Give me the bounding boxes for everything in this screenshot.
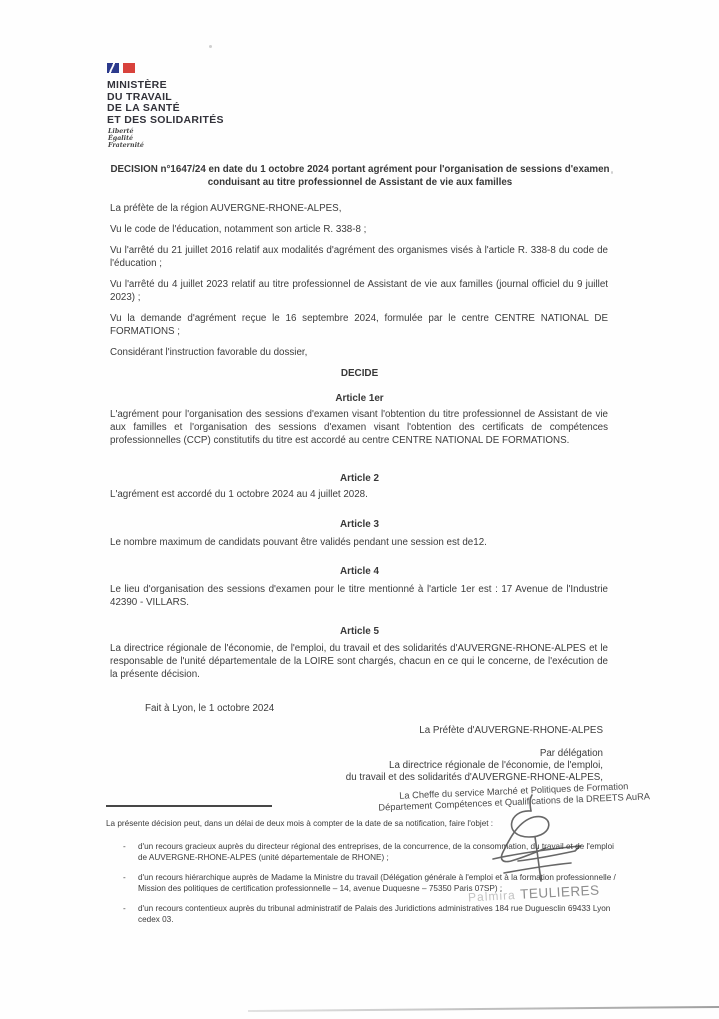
footnote-rule xyxy=(106,805,272,807)
delegation-line: Par délégation xyxy=(346,748,603,760)
motto-line: Égalité xyxy=(108,135,144,142)
decide-heading: DECIDE xyxy=(0,368,719,379)
article-2-heading: Article 2 xyxy=(0,473,719,484)
ministry-name: MINISTÈRE DU TRAVAIL DE LA SANTÉ ET DES … xyxy=(107,80,224,126)
preamble: La préfète de la région AUVERGNE-RHONE-A… xyxy=(110,202,608,367)
signature-block: La Préfète d'AUVERGNE-RHONE-ALPES Par dé… xyxy=(346,725,603,784)
decision-title: DECISION n°1647/24 en date du 1 octobre … xyxy=(90,163,630,189)
flag-red-square xyxy=(123,63,135,73)
scanned-decision-document: MINISTÈRE DU TRAVAIL DE LA SANTÉ ET DES … xyxy=(0,0,719,1019)
article-4-body: Le lieu d'organisation des sessions d'ex… xyxy=(110,583,608,609)
prefete-title: La Préfète d'AUVERGNE-RHONE-ALPES xyxy=(346,725,603,737)
republic-motto: Liberté Égalité Fraternité xyxy=(108,128,144,150)
motto-line: Fraternité xyxy=(108,142,144,149)
french-flag-icon xyxy=(107,63,135,73)
article-4-heading: Article 4 xyxy=(0,566,719,577)
appeal-notice-intro: La présente décision peut, dans un délai… xyxy=(106,818,616,829)
preamble-paragraph: Considérant l'instruction favorable du d… xyxy=(110,346,608,359)
ministry-name-line: DE LA SANTÉ xyxy=(107,103,224,115)
article-2-body: L'agrément est accordé du 1 octobre 2024… xyxy=(110,488,608,501)
delegation-line: La directrice régionale de l'économie, d… xyxy=(346,760,603,772)
flag-blue-square xyxy=(107,63,119,73)
preamble-paragraph: Vu la demande d'agrément reçue le 16 sep… xyxy=(110,312,608,338)
delegation-line: du travail et des solidarités d'AUVERGNE… xyxy=(346,772,603,784)
article-5-heading: Article 5 xyxy=(0,626,719,637)
decision-title-line1: DECISION n°1647/24 en date du 1 octobre … xyxy=(90,163,630,176)
article-1-heading: Article 1er xyxy=(0,393,719,404)
appeal-notice-item: d'un recours contentieux auprès du tribu… xyxy=(123,903,618,925)
appeal-notice-item: d'un recours hiérarchique auprès de Mada… xyxy=(123,872,618,894)
scan-speck xyxy=(611,171,613,174)
spacer xyxy=(346,737,603,748)
place-and-date: Fait à Lyon, le 1 octobre 2024 xyxy=(145,703,274,714)
preamble-paragraph: Vu le code de l'éducation, notamment son… xyxy=(110,223,608,236)
scan-speck xyxy=(209,45,212,48)
ministry-logo xyxy=(107,63,135,73)
service-title-lines: La Cheffe du service Marché et Politique… xyxy=(356,779,673,814)
preamble-paragraph: La préfète de la région AUVERGNE-RHONE-A… xyxy=(110,202,608,215)
article-3-body: Le nombre maximum de candidats pouvant ê… xyxy=(110,536,608,549)
preamble-paragraph: Vu l'arrêté du 21 juillet 2016 relatif a… xyxy=(110,244,608,270)
article-3-heading: Article 3 xyxy=(0,519,719,530)
ministry-name-line: ET DES SOLIDARITÉS xyxy=(107,115,224,127)
decision-title-line2: conduisant au titre professionnel de Ass… xyxy=(90,176,630,189)
preamble-paragraph: Vu l'arrêté du 4 juillet 2023 relatif au… xyxy=(110,278,608,304)
article-5-body: La directrice régionale de l'économie, d… xyxy=(110,642,608,681)
ministry-name-line: MINISTÈRE xyxy=(107,80,224,92)
appeal-notice-item: d'un recours gracieux auprès du directeu… xyxy=(123,841,618,863)
appeal-notice-list: d'un recours gracieux auprès du directeu… xyxy=(123,841,618,934)
article-1-body: L'agrément pour l'organisation des sessi… xyxy=(110,408,608,447)
scan-artifact-line xyxy=(248,1006,719,1012)
